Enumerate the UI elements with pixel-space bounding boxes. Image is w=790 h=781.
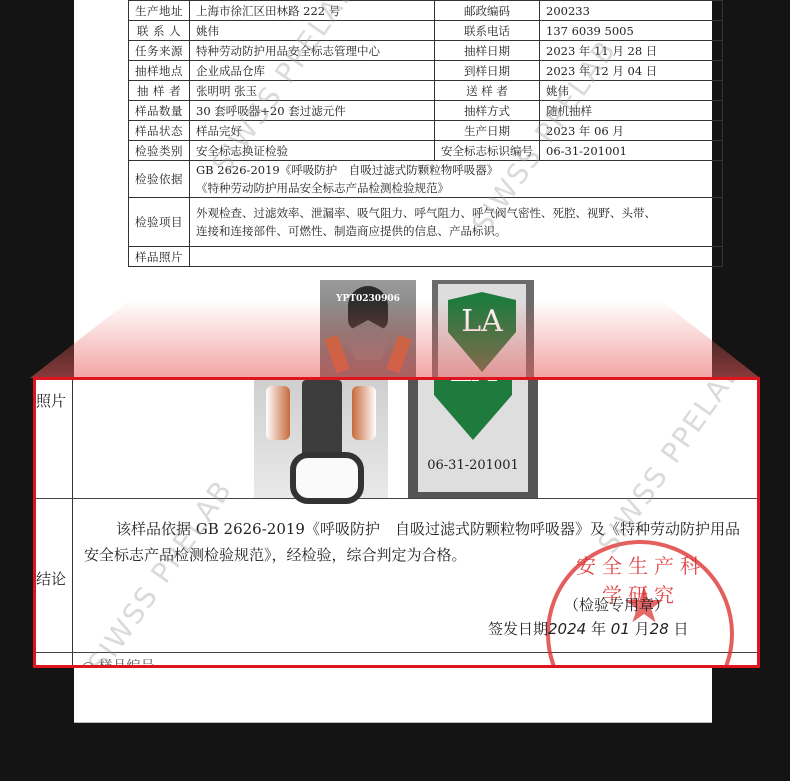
row-value: 姚伟	[190, 21, 435, 41]
table-row: 联 系 人姚伟联系电话137 6039 5005	[129, 21, 723, 41]
photo-label: 样品照片	[129, 247, 190, 267]
row-value: 企业成品仓库	[190, 61, 435, 81]
row-value: 上海市徐汇区田林路 222 号	[190, 1, 435, 21]
items-value: 外观检查、过滤效率、泄漏率、吸气阻力、呼气阻力、呼气阀气密性、死腔、视野、头带、…	[190, 198, 723, 247]
zoom-fade-overlay	[0, 300, 790, 378]
table-row: 任务来源特种劳动防护用品安全标志管理中心抽样日期2023 年 11 月 28 日	[129, 41, 723, 61]
row-value: 样品完好	[190, 121, 435, 141]
row-value-2: 200233	[540, 1, 723, 21]
row-value: 30 套呼吸器+20 套过滤元件	[190, 101, 435, 121]
sign-month: 01	[611, 620, 630, 638]
label-code-text: 06-31-201001	[418, 458, 528, 473]
row-value: 特种劳动防护用品安全标志管理中心	[190, 41, 435, 61]
month-unit: 月	[635, 620, 650, 638]
basis-label: 检验依据	[129, 161, 190, 198]
sign-date-label: 签发日期	[488, 620, 548, 638]
la-shield-icon: LA	[434, 377, 512, 440]
seal-title: （检验专用章）	[564, 594, 669, 615]
row-value: 张明明 张玉	[190, 81, 435, 101]
inspection-report-table: 生产地址上海市徐汇区田林路 222 号邮政编码200233联 系 人姚伟联系电话…	[128, 0, 723, 267]
row-value-2: 姚伟	[540, 81, 723, 101]
row-label: 抽样地点	[129, 61, 190, 81]
row-value-2: 06-31-201001	[540, 141, 723, 161]
sign-day: 28	[650, 620, 669, 638]
table-row: 样品状态样品完好生产日期2023 年 06 月	[129, 121, 723, 141]
zoom-respirator-photo	[254, 380, 388, 498]
table-row: 样品数量30 套呼吸器+20 套过滤元件抽样方式随机抽样	[129, 101, 723, 121]
next-row-partial: ○ 样品编号	[82, 656, 155, 668]
row-label: 样品状态	[129, 121, 190, 141]
basis-line-1: GB 2626-2019《呼吸防护 自吸过滤式防颗粒物呼吸器》	[196, 161, 716, 179]
row-label-2: 到样日期	[435, 61, 540, 81]
row-value-2: 2023 年 06 月	[540, 121, 723, 141]
items-label: 检验项目	[129, 198, 190, 247]
row-value-2: 2023 年 12 月 04 日	[540, 61, 723, 81]
table-row: 抽 样 者张明明 张玉送 样 者姚伟	[129, 81, 723, 101]
day-unit: 日	[674, 620, 689, 638]
row-label: 检验类别	[129, 141, 190, 161]
zoomed-detail-panel: 照片 结论 LA 06-31-201001 该样品依据 GB 2626-2019…	[33, 377, 760, 668]
row-label-2: 送 样 者	[435, 81, 540, 101]
sign-year: 2024	[548, 620, 586, 638]
table-row: 生产地址上海市徐汇区田林路 222 号邮政编码200233	[129, 1, 723, 21]
table-row: 抽样地点企业成品仓库到样日期2023 年 12 月 04 日	[129, 61, 723, 81]
row-label-2: 抽样日期	[435, 41, 540, 61]
row-label: 样品数量	[129, 101, 190, 121]
row-label: 生产地址	[129, 1, 190, 21]
row-label: 抽 样 者	[129, 81, 190, 101]
basis-value: GB 2626-2019《呼吸防护 自吸过滤式防颗粒物呼吸器》 《特种劳动防护用…	[190, 161, 723, 198]
basis-line-2: 《特种劳动防护用品安全标志产品检测检验规范》	[196, 179, 716, 197]
zoom-safety-label-photo: LA 06-31-201001	[408, 380, 538, 498]
row-label: 任务来源	[129, 41, 190, 61]
zoom-conclusion-label: 结论	[36, 568, 66, 589]
items-line-1: 外观检查、过滤效率、泄漏率、吸气阻力、呼气阻力、呼气阀气密性、死腔、视野、头带、	[196, 204, 716, 222]
row-label-2: 联系电话	[435, 21, 540, 41]
watermark: SIWSS PPELAB	[81, 474, 239, 668]
row-value-2: 随机抽样	[540, 101, 723, 121]
row-label-2: 生产日期	[435, 121, 540, 141]
photo-cell	[190, 247, 723, 267]
row-label: 联 系 人	[129, 21, 190, 41]
row-value-2: 137 6039 5005	[540, 21, 723, 41]
sign-date: 签发日期2024 年 01 月28 日	[488, 618, 689, 639]
row-label-2: 安全标志标识编号	[435, 141, 540, 161]
row-label-2: 邮政编码	[435, 1, 540, 21]
row-value: 安全标志换证检验	[190, 141, 435, 161]
table-row: 检验类别安全标志换证检验安全标志标识编号06-31-201001	[129, 141, 723, 161]
zoom-photo-label: 照片	[36, 390, 66, 411]
items-line-2: 连接和连接部件、可燃性、制造商应提供的信息、产品标识。	[196, 222, 716, 240]
row-value-2: 2023 年 11 月 28 日	[540, 41, 723, 61]
row-label-2: 抽样方式	[435, 101, 540, 121]
year-unit: 年	[591, 620, 606, 638]
